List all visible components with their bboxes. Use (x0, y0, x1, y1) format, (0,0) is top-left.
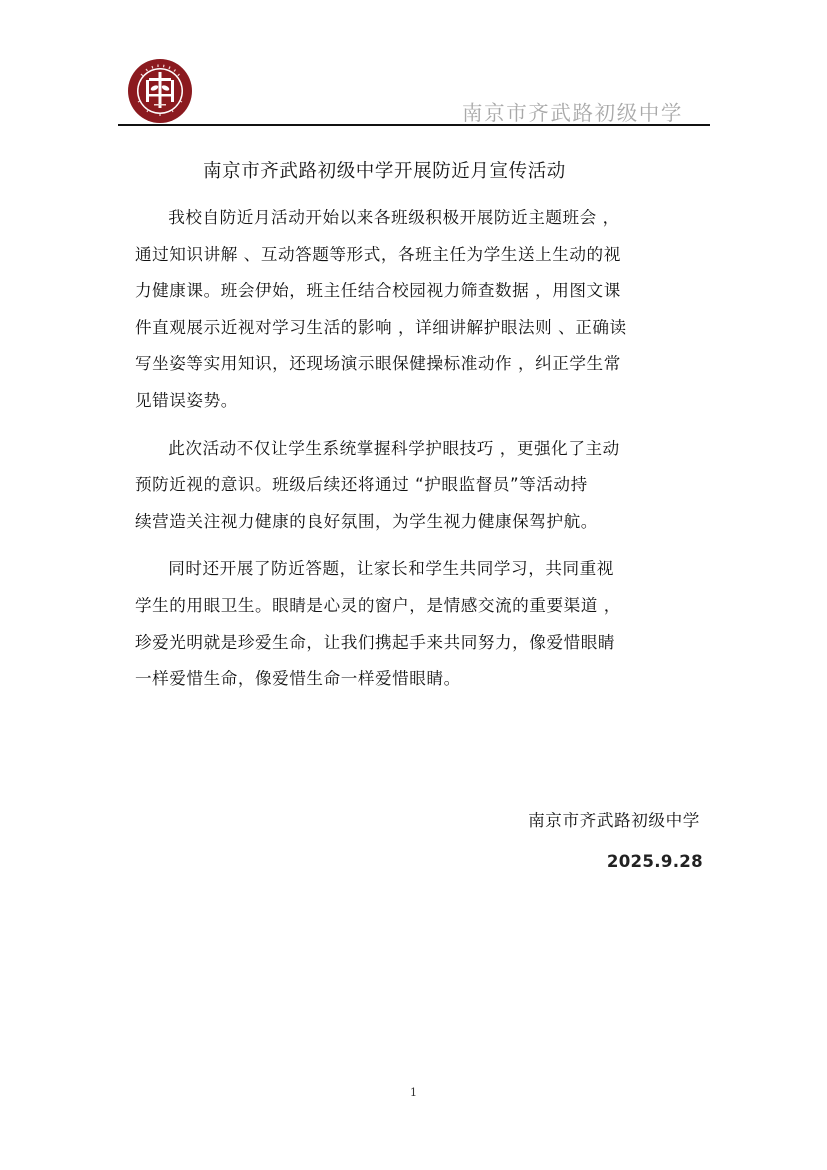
paragraph-3: 同时还开展了防近答题，让家长和学生共同学习，共同重视 学生的用眼卫生。眼睛是心灵… (135, 551, 705, 697)
text-line: 珍爱光明就是珍爱生命，让我们携起手来共同努力，像爱惜眼睛 (135, 625, 705, 662)
paragraph-2: 此次活动不仅让学生系统掌握科学护眼技巧 ，更强化了主动 预防近视的意识。班级后续… (135, 431, 705, 541)
text-line: 力健康课。班会伊始，班主任结合校园视力筛查数据 ，用图文课 (135, 273, 705, 310)
text-line: 此次活动不仅让学生系统掌握科学护眼技巧 ，更强化了主动 (135, 431, 705, 468)
header-divider (118, 124, 710, 126)
header-school-name: 南京市齐武路初级中学 (462, 96, 683, 126)
text-line: 续营造关注视力健康的良好氛围，为学生视力健康保驾护航。 (135, 504, 705, 541)
text-line: 同时还开展了防近答题，让家长和学生共同学习，共同重视 (135, 551, 705, 588)
text-line: 写坐姿等实用知识，还现场演示眼保健操标准动作 ，纠正学生常 (135, 346, 705, 383)
document-body: 我校自防近月活动开始以来各班级积极开展防近主题班会 ， 通过知识讲解 、互动答题… (135, 200, 705, 698)
text-line: 学生的用眼卫生。眼睛是心灵的窗户，是情感交流的重要渠道 ， (135, 588, 705, 625)
signature: 南京市齐武路初级中学 (528, 807, 700, 831)
school-emblem-icon (127, 58, 193, 124)
paragraph-1: 我校自防近月活动开始以来各班级积极开展防近主题班会 ， 通过知识讲解 、互动答题… (135, 200, 705, 420)
text-line: 我校自防近月活动开始以来各班级积极开展防近主题班会 ， (135, 200, 705, 237)
document-title: 南京市齐武路初级中学开展防近月宣传活动 (203, 157, 566, 183)
text-line: 见错误姿势。 (135, 383, 705, 420)
text-line: 预防近视的意识。班级后续还将通过 “护眼监督员”等活动持 (135, 467, 705, 504)
page-header: 南京市齐武路初级中学 (0, 0, 827, 130)
document-date: 2025.9.28 (607, 852, 703, 871)
text-line: 一样爱惜生命，像爱惜生命一样爱惜眼睛。 (135, 661, 705, 698)
text-line: 件直观展示近视对学习生活的影响 ，详细讲解护眼法则 、正确读 (135, 310, 705, 347)
page-number: 1 (410, 1086, 417, 1099)
text-line: 通过知识讲解 、互动答题等形式，各班主任为学生送上生动的视 (135, 237, 705, 274)
